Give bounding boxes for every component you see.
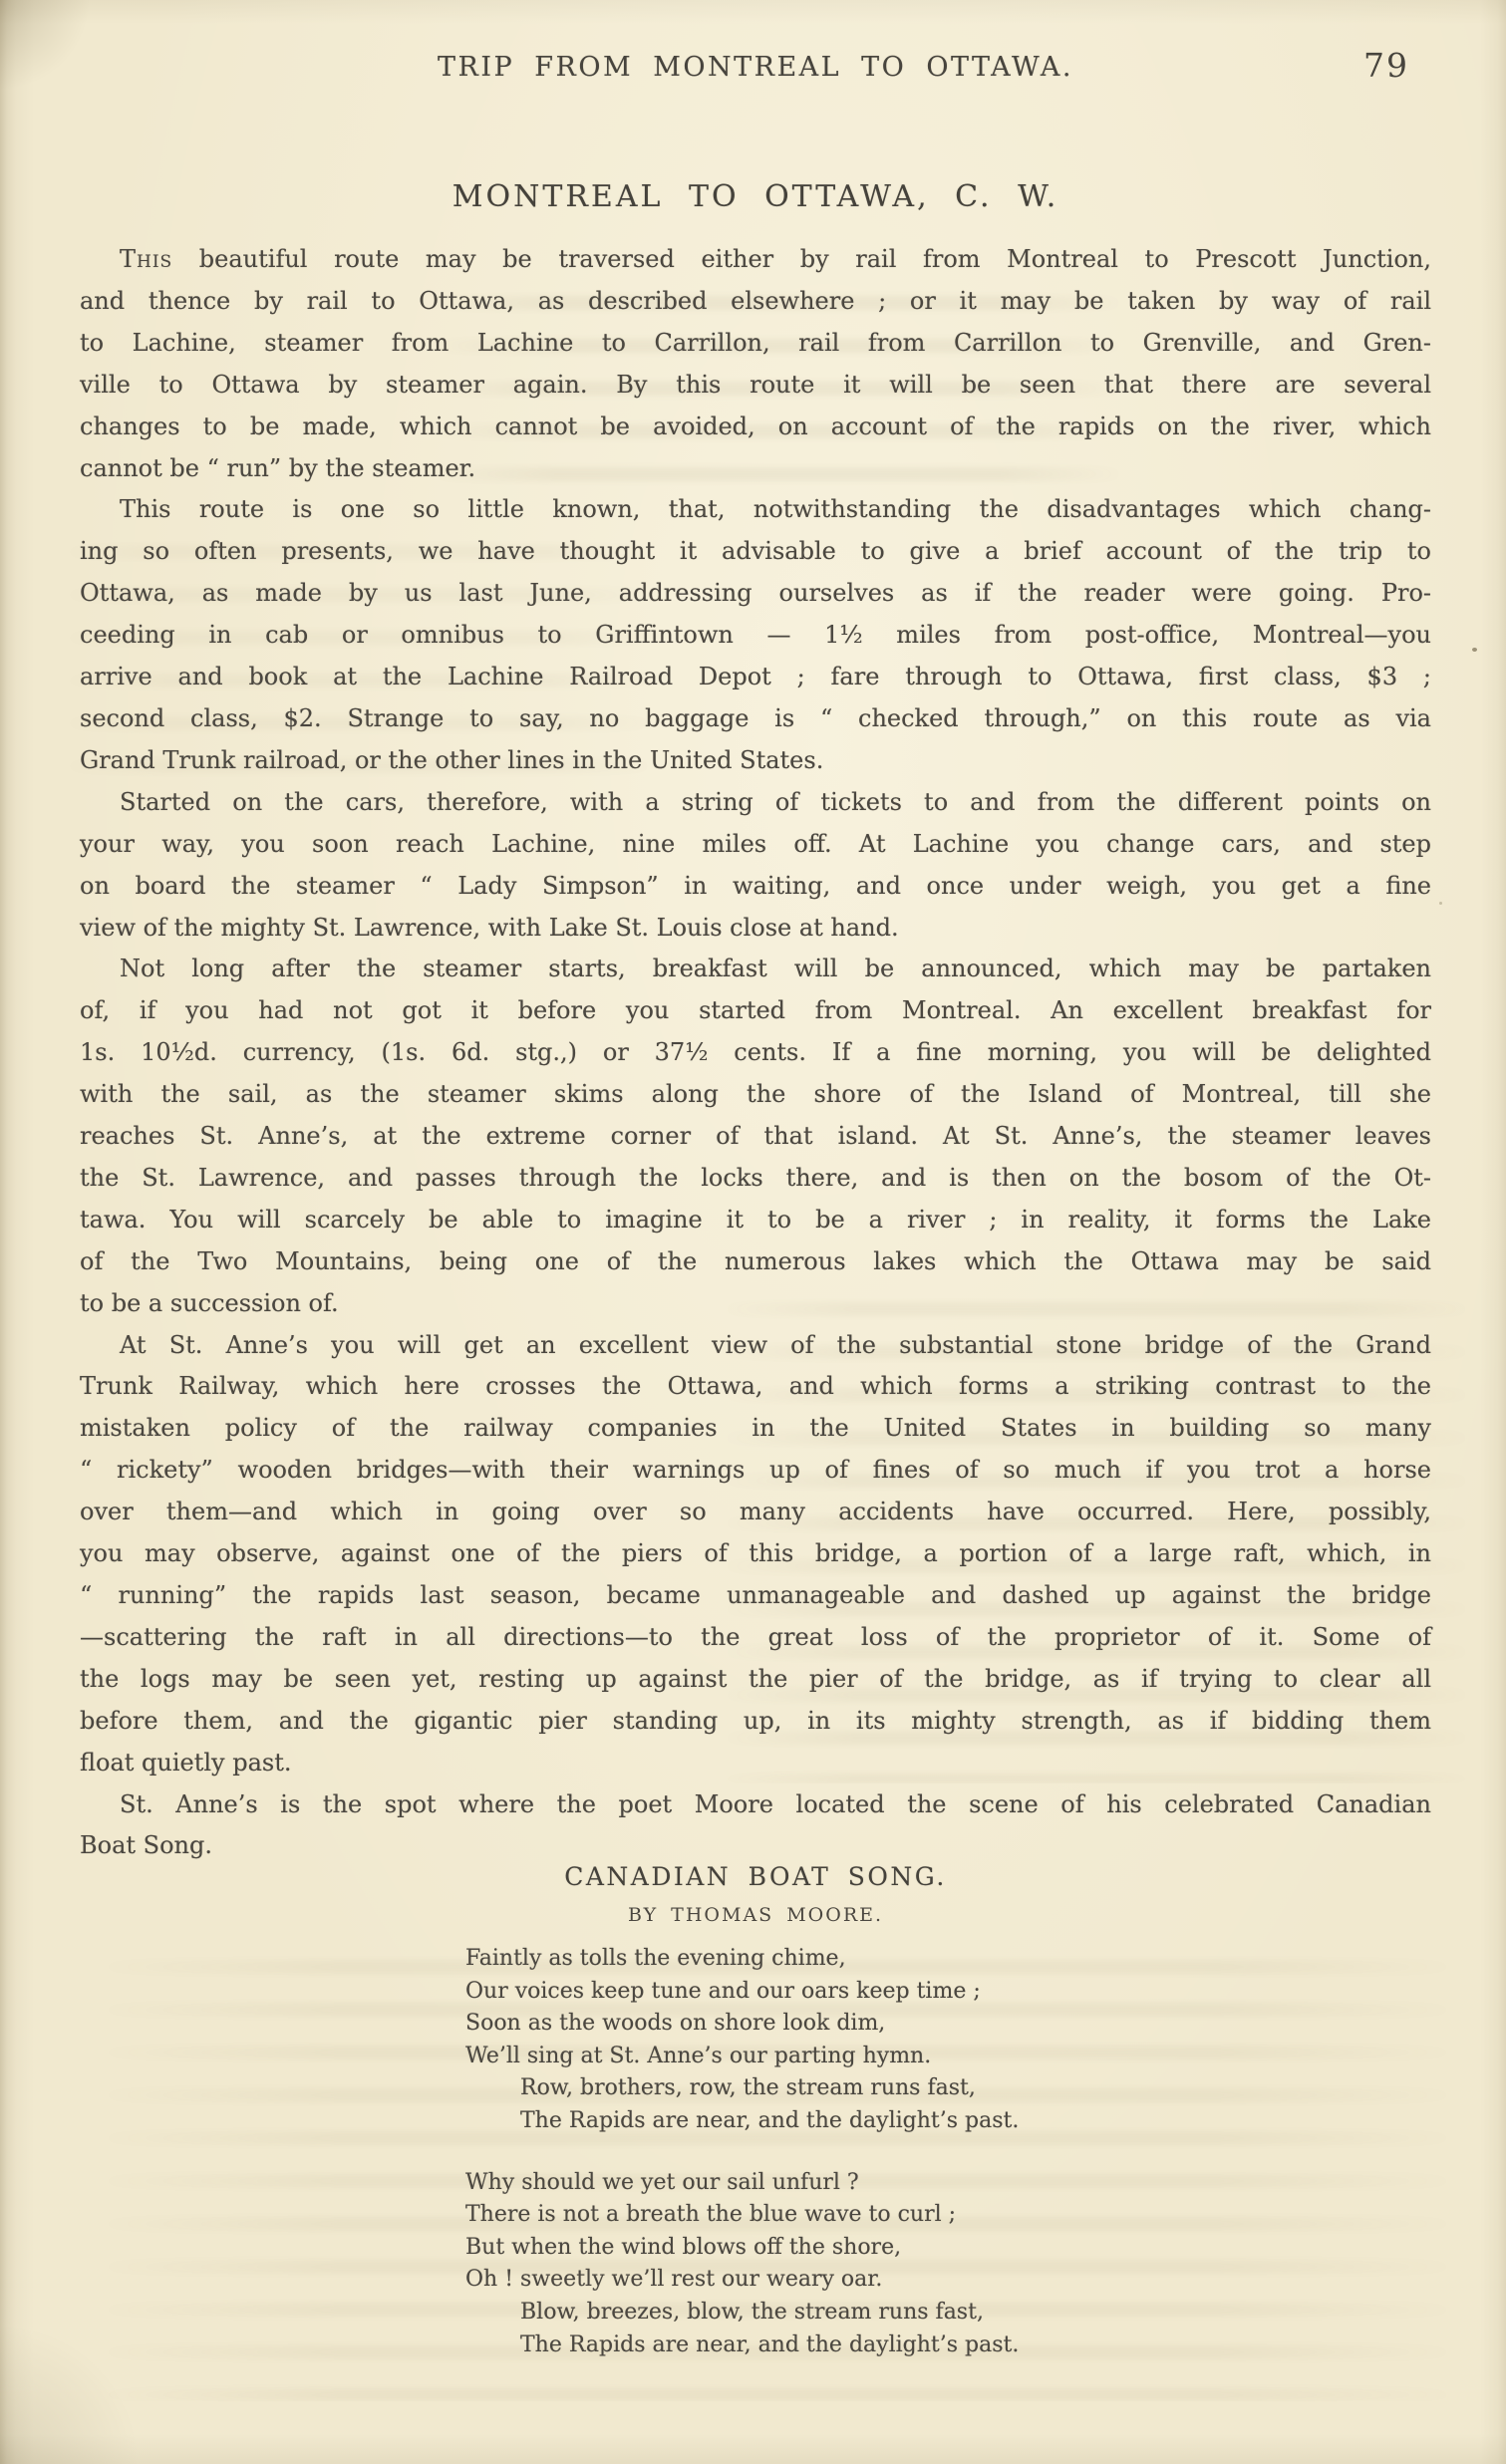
text-line: ceeding in cab or omnibus to Griffintown… bbox=[80, 615, 1431, 657]
text-line: “ running” the rapids last season, becam… bbox=[80, 1575, 1431, 1617]
poem-line: Soon as the woods on shore look dim, bbox=[465, 2008, 1431, 2041]
text-line: with the sail, as the steamer skims alon… bbox=[80, 1074, 1431, 1116]
section-title: MONTREAL TO OTTAWA, C. W. bbox=[80, 179, 1431, 214]
text-line: At St. Anne’s you will get an excellent … bbox=[80, 1325, 1431, 1367]
poem-stanzas: Faintly as tolls the evening chime,Our v… bbox=[80, 1943, 1431, 2361]
text-line: “ rickety” wooden bridges—with their war… bbox=[80, 1450, 1431, 1492]
text-line: This beautiful route may be traversed ei… bbox=[80, 239, 1431, 281]
text-line: mistaken policy of the railway companies… bbox=[80, 1408, 1431, 1450]
poem-refrain-line: Blow, breezes, blow, the stream runs fas… bbox=[465, 2297, 1431, 2329]
text-line: Grand Trunk railroad, or the other lines… bbox=[80, 740, 1431, 782]
poem-byline: BY THOMAS MOORE. bbox=[80, 1904, 1431, 1926]
paragraph: At St. Anne’s you will get an excellent … bbox=[80, 1325, 1431, 1784]
ink-speck bbox=[1439, 902, 1442, 905]
text-line: arrive and book at the Lachine Railroad … bbox=[80, 657, 1431, 698]
book-page-scan: TRIP FROM MONTREAL TO OTTAWA. 79 MONTREA… bbox=[0, 0, 1506, 2464]
text-line: changes to be made, which cannot be avoi… bbox=[80, 407, 1431, 448]
paragraph: Started on the cars, therefore, with a s… bbox=[80, 782, 1431, 950]
poem-line: We’ll sing at St. Anne’s our parting hym… bbox=[465, 2041, 1431, 2073]
text-line: the logs may be seen yet, resting up aga… bbox=[80, 1659, 1431, 1701]
text-line: cannot be “ run” by the steamer. bbox=[80, 448, 1431, 490]
running-header: TRIP FROM MONTREAL TO OTTAWA. 79 bbox=[80, 52, 1431, 92]
poem-refrain-line: Row, brothers, row, the stream runs fast… bbox=[465, 2072, 1431, 2105]
text-line: Ottawa, as made by us last June, address… bbox=[80, 573, 1431, 615]
poem-refrain-line: The Rapids are near, and the daylight’s … bbox=[465, 2105, 1431, 2138]
text-line: before them, and the gigantic pier stand… bbox=[80, 1701, 1431, 1743]
text-line: reaches St. Anne’s, at the extreme corne… bbox=[80, 1116, 1431, 1158]
poem-line: There is not a breath the blue wave to c… bbox=[465, 2199, 1431, 2232]
text-line: float quietly past. bbox=[80, 1743, 1431, 1784]
text-line: to Lachine, steamer from Lachine to Carr… bbox=[80, 323, 1431, 365]
lead-word: This bbox=[120, 245, 172, 273]
text-line: This route is one so little known, that,… bbox=[80, 489, 1431, 531]
text-line: —scattering the raft in all directions—t… bbox=[80, 1617, 1431, 1659]
page-number: 79 bbox=[1363, 46, 1409, 85]
poem-line: Faintly as tolls the evening chime, bbox=[465, 1943, 1431, 1976]
text-line: over them—and which in going over so man… bbox=[80, 1492, 1431, 1533]
paragraph: Not long after the steamer starts, break… bbox=[80, 949, 1431, 1324]
body-paragraphs: This beautiful route may be traversed ei… bbox=[80, 239, 1431, 1867]
poem-stanza: Why should we yet our sail unfurl ?There… bbox=[465, 2167, 1431, 2362]
poem-stanza: Faintly as tolls the evening chime,Our v… bbox=[465, 1943, 1431, 2138]
text-line: second class, $2. Strange to say, no bag… bbox=[80, 698, 1431, 740]
poem-section: CANADIAN BOAT SONG. BY THOMAS MOORE. Fai… bbox=[80, 1862, 1431, 2361]
text-line: the St. Lawrence, and passes through the… bbox=[80, 1158, 1431, 1200]
text-line: tawa. You will scarcely be able to imagi… bbox=[80, 1200, 1431, 1241]
text-line: ville to Ottawa by steamer again. By thi… bbox=[80, 365, 1431, 407]
paragraph: This route is one so little known, that,… bbox=[80, 489, 1431, 781]
poem-refrain-line: The Rapids are near, and the daylight’s … bbox=[465, 2329, 1431, 2362]
poem-line: Oh ! sweetly we’ll rest our weary oar. bbox=[465, 2264, 1431, 2297]
text-line: ing so often presents, we have thought i… bbox=[80, 531, 1431, 573]
text-line: Started on the cars, therefore, with a s… bbox=[80, 782, 1431, 824]
poem-line: Our voices keep tune and our oars keep t… bbox=[465, 1976, 1431, 2009]
poem-heading: CANADIAN BOAT SONG. bbox=[80, 1862, 1431, 1891]
poem-line: Why should we yet our sail unfurl ? bbox=[465, 2167, 1431, 2200]
text-line: you may observe, against one of the pier… bbox=[80, 1533, 1431, 1575]
text-line: Trunk Railway, which here crosses the Ot… bbox=[80, 1366, 1431, 1408]
paragraph: St. Anne’s is the spot where the poet Mo… bbox=[80, 1784, 1431, 1868]
text-line: of the Two Mountains, being one of the n… bbox=[80, 1241, 1431, 1283]
poem-line: But when the wind blows off the shore, bbox=[465, 2232, 1431, 2265]
text-line: on board the steamer “ Lady Simpson” in … bbox=[80, 866, 1431, 908]
text-line: of, if you had not got it before you sta… bbox=[80, 990, 1431, 1032]
running-header-title: TRIP FROM MONTREAL TO OTTAWA. bbox=[80, 52, 1431, 83]
text-line: and thence by rail to Ottawa, as describ… bbox=[80, 281, 1431, 323]
ink-speck bbox=[1472, 648, 1477, 652]
text-line: 1s. 10½d. currency, (1s. 6d. stg.,) or 3… bbox=[80, 1032, 1431, 1074]
text-line: St. Anne’s is the spot where the poet Mo… bbox=[80, 1784, 1431, 1826]
text-line: Not long after the steamer starts, break… bbox=[80, 949, 1431, 990]
text-line: your way, you soon reach Lachine, nine m… bbox=[80, 824, 1431, 866]
paragraph: This beautiful route may be traversed ei… bbox=[80, 239, 1431, 489]
text-line: view of the mighty St. Lawrence, with La… bbox=[80, 908, 1431, 950]
text-line: to be a succession of. bbox=[80, 1283, 1431, 1325]
